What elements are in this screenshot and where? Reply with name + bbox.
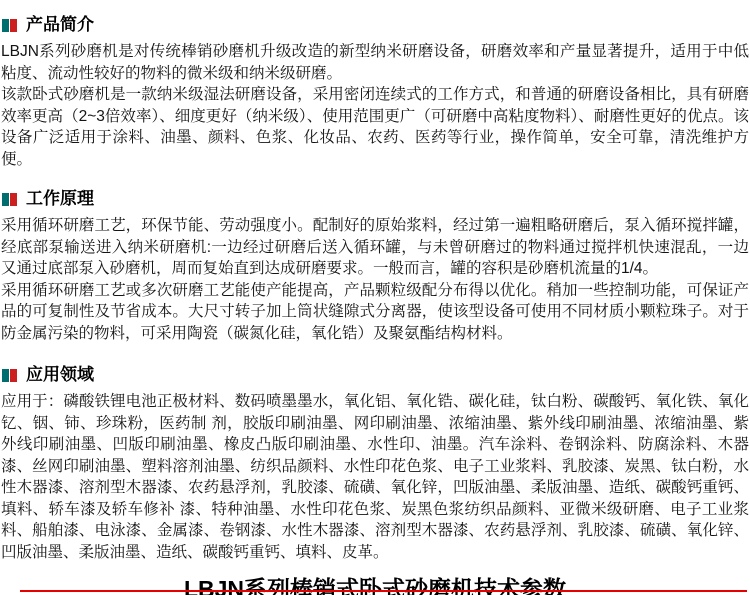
product-description-page: 产品简介 LBJN系列砂磨机是对传统棒销砂磨机升级改造的新型纳米研磨设备，研磨效…	[0, 0, 750, 595]
heading-bullet-icon	[2, 193, 17, 206]
section-body-application-fields: 应用于：磷酸铁锂电池正极材料、数码喷墨墨水，氧化铝、氧化锆、碳化硅，钛白粉、碳酸…	[0, 391, 750, 563]
paragraph: LBJN系列砂磨机是对传统棒销砂磨机升级改造的新型纳米研磨设备，研磨效率和产量显…	[0, 41, 750, 84]
paragraph: 采用循环研磨工艺，环保节能、劳动强度小。配制好的原始浆料，经过第一遍粗略研磨后，…	[0, 215, 750, 280]
teal-square-icon	[2, 369, 9, 382]
red-square-icon	[10, 19, 17, 32]
section-heading-label: 应用领域	[26, 366, 94, 384]
section-heading-product-intro: 产品简介	[0, 16, 750, 34]
section-body-product-intro: LBJN系列砂磨机是对传统棒销砂磨机升级改造的新型纳米研磨设备，研磨效率和产量显…	[0, 41, 750, 170]
teal-square-icon	[2, 193, 9, 206]
red-divider	[20, 590, 747, 592]
section-heading-application-fields: 应用领域	[0, 366, 750, 384]
paragraph: 应用于：磷酸铁锂电池正极材料、数码喷墨墨水，氧化铝、氧化锆、碳化硅，钛白粉、碳酸…	[0, 391, 750, 563]
section-heading-label: 工作原理	[26, 190, 94, 208]
red-square-icon	[10, 193, 17, 206]
section-body-working-principle: 采用循环研磨工艺，环保节能、劳动强度小。配制好的原始浆料，经过第一遍粗略研磨后，…	[0, 215, 750, 344]
section-heading-working-principle: 工作原理	[0, 190, 750, 208]
red-square-icon	[10, 369, 17, 382]
teal-square-icon	[2, 19, 9, 32]
heading-bullet-icon	[2, 19, 17, 32]
technical-parameters-title: LBJN系列棒销式卧式砂磨机技术参数	[0, 575, 750, 595]
section-heading-label: 产品简介	[26, 16, 94, 34]
paragraph: 采用循环研磨工艺或多次研磨工艺能使产能提高，产品颗粒级配分布得以优化。稍加一些控…	[0, 280, 750, 345]
heading-bullet-icon	[2, 369, 17, 382]
paragraph: 该款卧式砂磨机是一款纳米级湿法研磨设备，采用密闭连续式的工作方式，和普通的研磨设…	[0, 84, 750, 170]
